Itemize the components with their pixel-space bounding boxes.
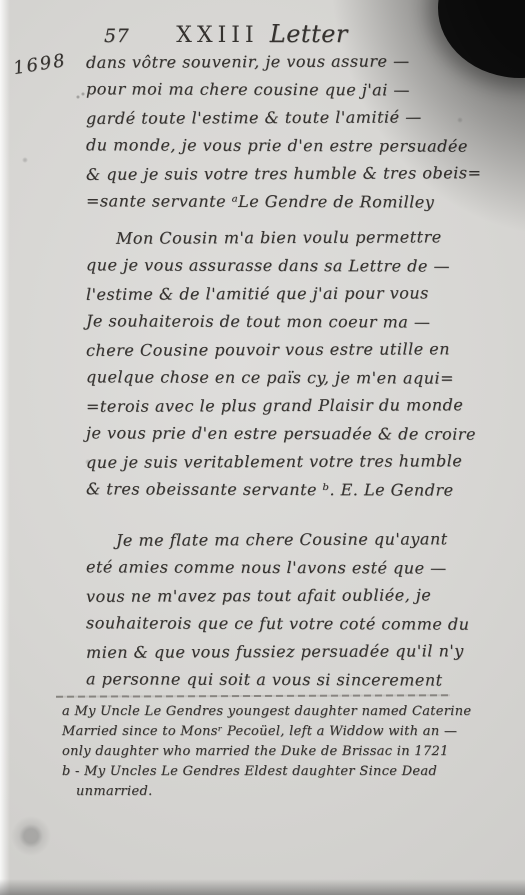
- manuscript-line: vous ne m'avez pas tout afait oubliée, j…: [86, 581, 486, 611]
- manuscript-line: que je suis veritablement votre tres hum…: [86, 447, 486, 477]
- paragraph-1: dans vôtre souvenir, je vous assure — po…: [86, 48, 486, 216]
- manuscript-line: Je me flate ma chere Cousine qu'ayant: [86, 525, 486, 555]
- manuscript-line: gardé toute l'estime & toute l'amitié —: [86, 103, 486, 133]
- footnote-line: a My Uncle Le Gendres youngest daughter …: [62, 702, 482, 722]
- footnotes-block: a My Uncle Le Gendres youngest daughter …: [62, 702, 482, 802]
- page-header: 57 XXIII Letter: [104, 20, 348, 50]
- manuscript-line: je vous prie d'en estre persuadée & de c…: [86, 419, 486, 448]
- manuscript-line: & que je suis votre tres humble & tres o…: [86, 159, 486, 189]
- manuscript-photo: 57 XXIII Letter 1698 dans vôtre souvenir…: [0, 0, 525, 895]
- manuscript-line: souhaiterois que ce fut votre coté comme…: [86, 609, 486, 638]
- manuscript-line: a personne qui soit a vous si sinceremen…: [86, 665, 486, 694]
- paragraph-2: Mon Cousin m'a bien voulu permettre que …: [86, 224, 486, 504]
- manuscript-line: du monde, je vous prie d'en estre persua…: [86, 131, 486, 160]
- manuscript-line: que je vous assurasse dans sa Lettre de …: [86, 251, 486, 280]
- footnote-line: b - My Uncles Le Gendres Eldest daughter…: [62, 762, 482, 782]
- manuscript-line: chere Cousine pouvoir vous estre utille …: [86, 335, 486, 365]
- manuscript-line: quelque chose en ce païs cy, je m'en aqu…: [86, 363, 486, 392]
- footnote-line: only daughter who married the Duke de Br…: [62, 742, 482, 762]
- manuscript-line: & tres obeissante servante ᵇ. E. Le Gend…: [86, 475, 486, 504]
- photo-bottom-edge: [0, 879, 525, 895]
- manuscript-line: dans vôtre souvenir, je vous assure —: [86, 47, 486, 77]
- footnote-line: unmarried.: [62, 782, 482, 802]
- manuscript-line: l'estime & de l'amitié que j'ai pour vou…: [86, 279, 486, 309]
- letter-title: Letter: [270, 20, 348, 48]
- manuscript-line: eté amies comme nous l'avons esté que —: [86, 553, 486, 582]
- page-number: 57: [104, 25, 129, 47]
- manuscript-line: Je souhaiterois de tout mon coeur ma —: [86, 307, 486, 336]
- letter-numeral: XXIII: [176, 23, 258, 48]
- manuscript-line: pour moi ma chere cousine que j'ai —: [86, 75, 486, 104]
- manuscript-line: mien & que vous fussiez persuadée qu'il …: [86, 637, 486, 667]
- footnote-line: Married since to Monsʳ Pecoüel, left a W…: [62, 722, 482, 742]
- manuscript-line: =sante servante ᵃLe Gendre de Romilley: [86, 187, 486, 216]
- manuscript-line: =terois avec le plus grand Plaisir du mo…: [86, 391, 486, 421]
- photo-left-edge: [0, 0, 10, 895]
- manuscript-line: Mon Cousin m'a bien voulu permettre: [86, 223, 486, 253]
- paragraph-3: Je me flate ma chere Cousine qu'ayant et…: [86, 526, 486, 694]
